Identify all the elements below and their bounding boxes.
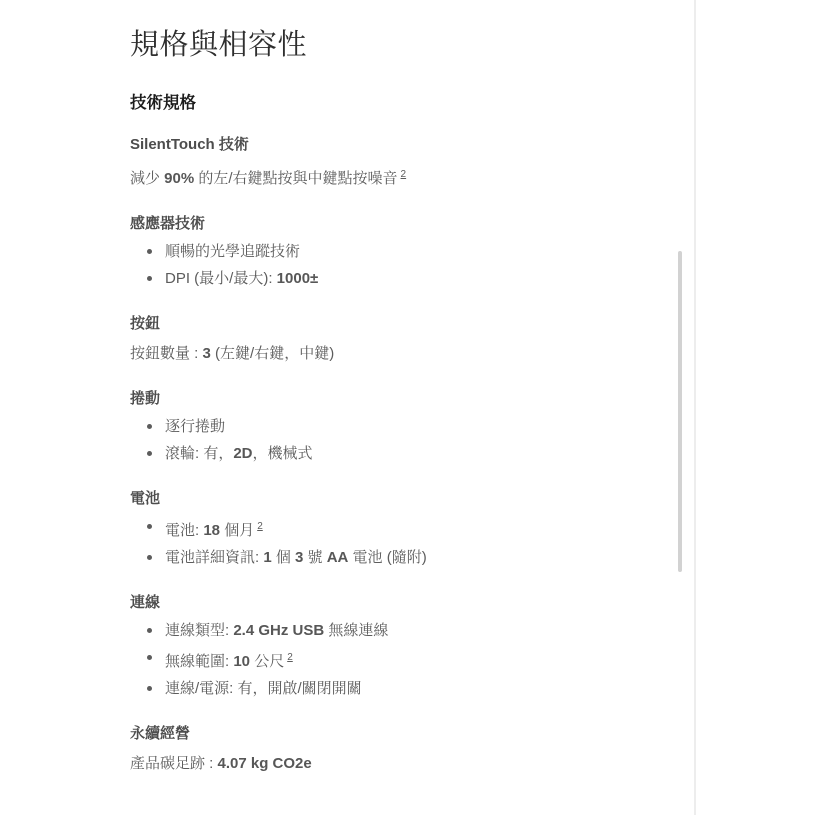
spec-content: 規格與相容性 技術規格 SilentTouch 技術減少 90% 的左/右鍵點按… (130, 0, 675, 777)
spec-list-item: 電池詳細資訊: 1 個 3 號 AA 電池 (隨附) (130, 544, 675, 571)
spec-value: 4.07 kg CO2e (218, 755, 312, 772)
footnote-link[interactable]: 2 (257, 521, 263, 532)
spec-text: 減少 (130, 170, 164, 187)
spec-text: DPI (最小/最大): (165, 270, 277, 287)
spec-section: 感應器技術順暢的光學追蹤技術DPI (最小/最大): 1000± (130, 210, 675, 292)
spec-value: 1 (263, 549, 271, 566)
spec-value: 1000± (277, 270, 319, 287)
spec-section: 永續經營產品碳足跡 : 4.07 kg CO2e (130, 720, 675, 777)
spec-section: 連線連線類型: 2.4 GHz USB 無線連線無線範圍: 10 公尺2連線/電… (130, 589, 675, 702)
spec-text: 產品碳足跡 : (130, 755, 218, 772)
spec-text: 電池 (隨附) (348, 549, 426, 566)
scrollbar-thumb[interactable] (678, 251, 682, 572)
spec-value: 2.4 GHz USB (233, 622, 324, 639)
spec-value: AA (327, 549, 349, 566)
spec-section-heading: 感應器技術 (130, 210, 675, 237)
spec-section: 捲動逐行捲動滾輪: 有，2D，機械式 (130, 385, 675, 467)
spec-text: 滾輪: 有， (165, 445, 233, 462)
spec-text: 無線連線 (324, 622, 388, 639)
page-title: 規格與相容性 (130, 28, 675, 63)
spec-value: 3 (203, 345, 211, 362)
spec-paragraph: 按鈕數量 : 3 (左鍵/右鍵，中鍵) (130, 340, 675, 367)
spec-section-heading: 電池 (130, 485, 675, 512)
spec-text: 連線/電源: 有，開啟/關閉開關 (165, 680, 362, 697)
spec-section: 電池電池: 18 個月2電池詳細資訊: 1 個 3 號 AA 電池 (隨附) (130, 485, 675, 571)
spec-text: 個 (272, 549, 295, 566)
spec-text: (左鍵/右鍵，中鍵) (211, 345, 334, 362)
spec-list: 順暢的光學追蹤技術DPI (最小/最大): 1000± (130, 238, 675, 292)
spec-text: 逐行捲動 (165, 418, 225, 435)
spec-value: 10 (233, 653, 250, 670)
spec-text: 公尺 (250, 653, 284, 670)
spec-section-heading: 連線 (130, 589, 675, 616)
spec-list-item: DPI (最小/最大): 1000± (130, 265, 675, 292)
spec-list-item: 逐行捲動 (130, 413, 675, 440)
spec-list-item: 連線類型: 2.4 GHz USB 無線連線 (130, 617, 675, 644)
spec-value: 90% (164, 170, 194, 187)
spec-text: 連線類型: (165, 622, 233, 639)
spec-section-heading: 永續經營 (130, 720, 675, 747)
spec-section-heading: SilentTouch 技術 (130, 131, 675, 158)
spec-section: 按鈕按鈕數量 : 3 (左鍵/右鍵，中鍵) (130, 310, 675, 367)
spec-text: 號 (303, 549, 326, 566)
spec-list-item: 滾輪: 有，2D，機械式 (130, 440, 675, 467)
spec-list-item: 無線範圍: 10 公尺2 (130, 644, 675, 675)
spec-text: 電池: (165, 522, 203, 539)
spec-list-item: 連線/電源: 有，開啟/關閉開關 (130, 675, 675, 702)
spec-text: 無線範圍: (165, 653, 233, 670)
tech-specs-heading: 技術規格 (130, 93, 675, 113)
spec-value: 18 (203, 522, 220, 539)
spec-section-heading: 按鈕 (130, 310, 675, 337)
spec-sections: SilentTouch 技術減少 90% 的左/右鍵點按與中鍵點按噪音2感應器技… (130, 131, 675, 777)
spec-text: 個月 (220, 522, 254, 539)
spec-text: ，機械式 (253, 445, 313, 462)
spec-list: 電池: 18 個月2電池詳細資訊: 1 個 3 號 AA 電池 (隨附) (130, 513, 675, 571)
spec-text: 的左/右鍵點按與中鍵點按噪音 (194, 170, 397, 187)
footnote-link[interactable]: 2 (401, 169, 407, 180)
spec-text: 電池詳細資訊: (165, 549, 263, 566)
spec-list-item: 電池: 18 個月2 (130, 513, 675, 544)
footnote-link[interactable]: 2 (287, 652, 293, 663)
spec-paragraph: 產品碳足跡 : 4.07 kg CO2e (130, 750, 675, 777)
content-divider (694, 0, 696, 815)
spec-paragraph: 減少 90% 的左/右鍵點按與中鍵點按噪音2 (130, 161, 675, 192)
spec-list: 連線類型: 2.4 GHz USB 無線連線無線範圍: 10 公尺2連線/電源:… (130, 617, 675, 702)
spec-list: 逐行捲動滾輪: 有，2D，機械式 (130, 413, 675, 467)
spec-text: 順暢的光學追蹤技術 (165, 243, 300, 260)
spec-list-item: 順暢的光學追蹤技術 (130, 238, 675, 265)
spec-text: 按鈕數量 : (130, 345, 203, 362)
spec-section-heading: 捲動 (130, 385, 675, 412)
spec-value: 2D (233, 445, 252, 462)
spec-section: SilentTouch 技術減少 90% 的左/右鍵點按與中鍵點按噪音2 (130, 131, 675, 192)
